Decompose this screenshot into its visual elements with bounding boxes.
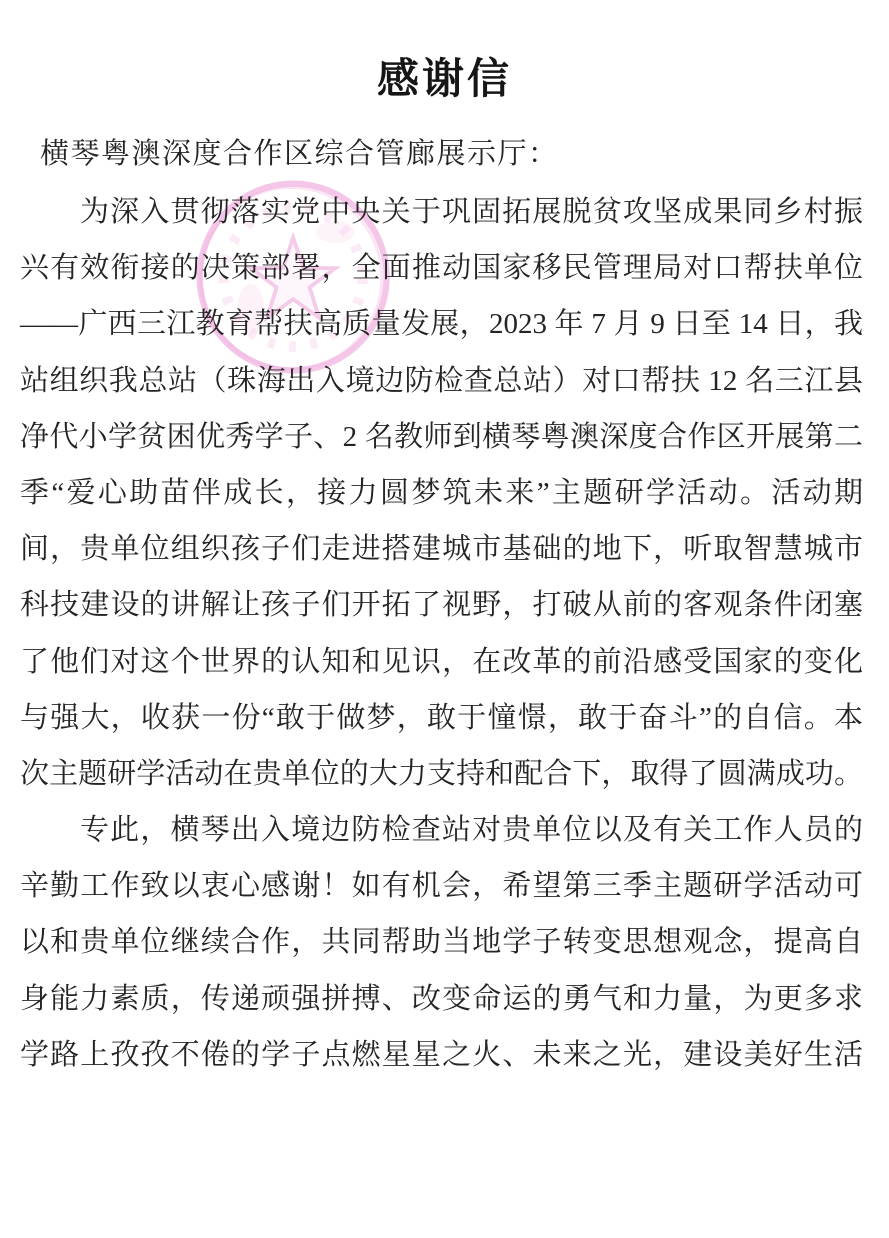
letter-line: 了他们对这个世界的认知和见识，在改革的前沿感受国家的变化 bbox=[20, 634, 863, 690]
letter-line: 净代小学贫困优秀学子、2 名教师到横琴粤澳深度合作区开展第二 bbox=[20, 409, 863, 465]
letter-line: 次主题研学活动在贵单位的大力支持和配合下，取得了圆满成功。 bbox=[20, 746, 863, 802]
letter-line: 以和贵单位继续合作，共同帮助当地学子转变思想观念，提高自 bbox=[20, 914, 863, 970]
scanned-letter-page: 感谢信 横琴粤澳深度合作区综合管廊展示厅： 为深入贯彻落实党中央关于巩固拓展脱贫… bbox=[0, 0, 889, 1238]
letter-line: 学路上孜孜不倦的学子点燃星星之火、未来之光，建设美好生活 bbox=[20, 1027, 863, 1083]
letter-line: 兴有效衔接的决策部署，全面推动国家移民管理局对口帮扶单位 bbox=[20, 240, 863, 296]
letter-line: 间，贵单位组织孩子们走进搭建城市基础的地下，听取智慧城市 bbox=[20, 521, 863, 577]
letter-line: 科技建设的讲解让孩子们开拓了视野，打破从前的客观条件闭塞 bbox=[20, 577, 863, 633]
letter-line: 与强大，收获一份“敢于做梦，敢于憧憬，敢于奋斗”的自信。本 bbox=[20, 690, 863, 746]
letter-title: 感谢信 bbox=[0, 46, 889, 106]
letter-line: 身能力素质，传递顽强拼搏、改变命运的勇气和力量，为更多求 bbox=[20, 971, 863, 1027]
letter-body: 为深入贯彻落实党中央关于巩固拓展脱贫攻坚成果同乡村振 兴有效衔接的决策部署，全面… bbox=[20, 184, 863, 1083]
letter-line: 站组织我总站（珠海出入境边防检查总站）对口帮扶 12 名三江县 bbox=[20, 353, 863, 409]
letter-salutation: 横琴粤澳深度合作区综合管廊展示厅： bbox=[40, 131, 859, 172]
letter-line: 专此，横琴出入境边防检查站对贵单位以及有关工作人员的 bbox=[20, 802, 863, 858]
letter-line: 辛勤工作致以衷心感谢！如有机会，希望第三季主题研学活动可 bbox=[20, 858, 863, 914]
letter-line: 为深入贯彻落实党中央关于巩固拓展脱贫攻坚成果同乡村振 bbox=[20, 184, 863, 240]
letter-line: ——广西三江教育帮扶高质量发展，2023 年 7 月 9 日至 14 日，我 bbox=[20, 296, 863, 352]
letter-line: 季“爱心助苗伴成长，接力圆梦筑未来”主题研学活动。活动期 bbox=[20, 465, 863, 521]
